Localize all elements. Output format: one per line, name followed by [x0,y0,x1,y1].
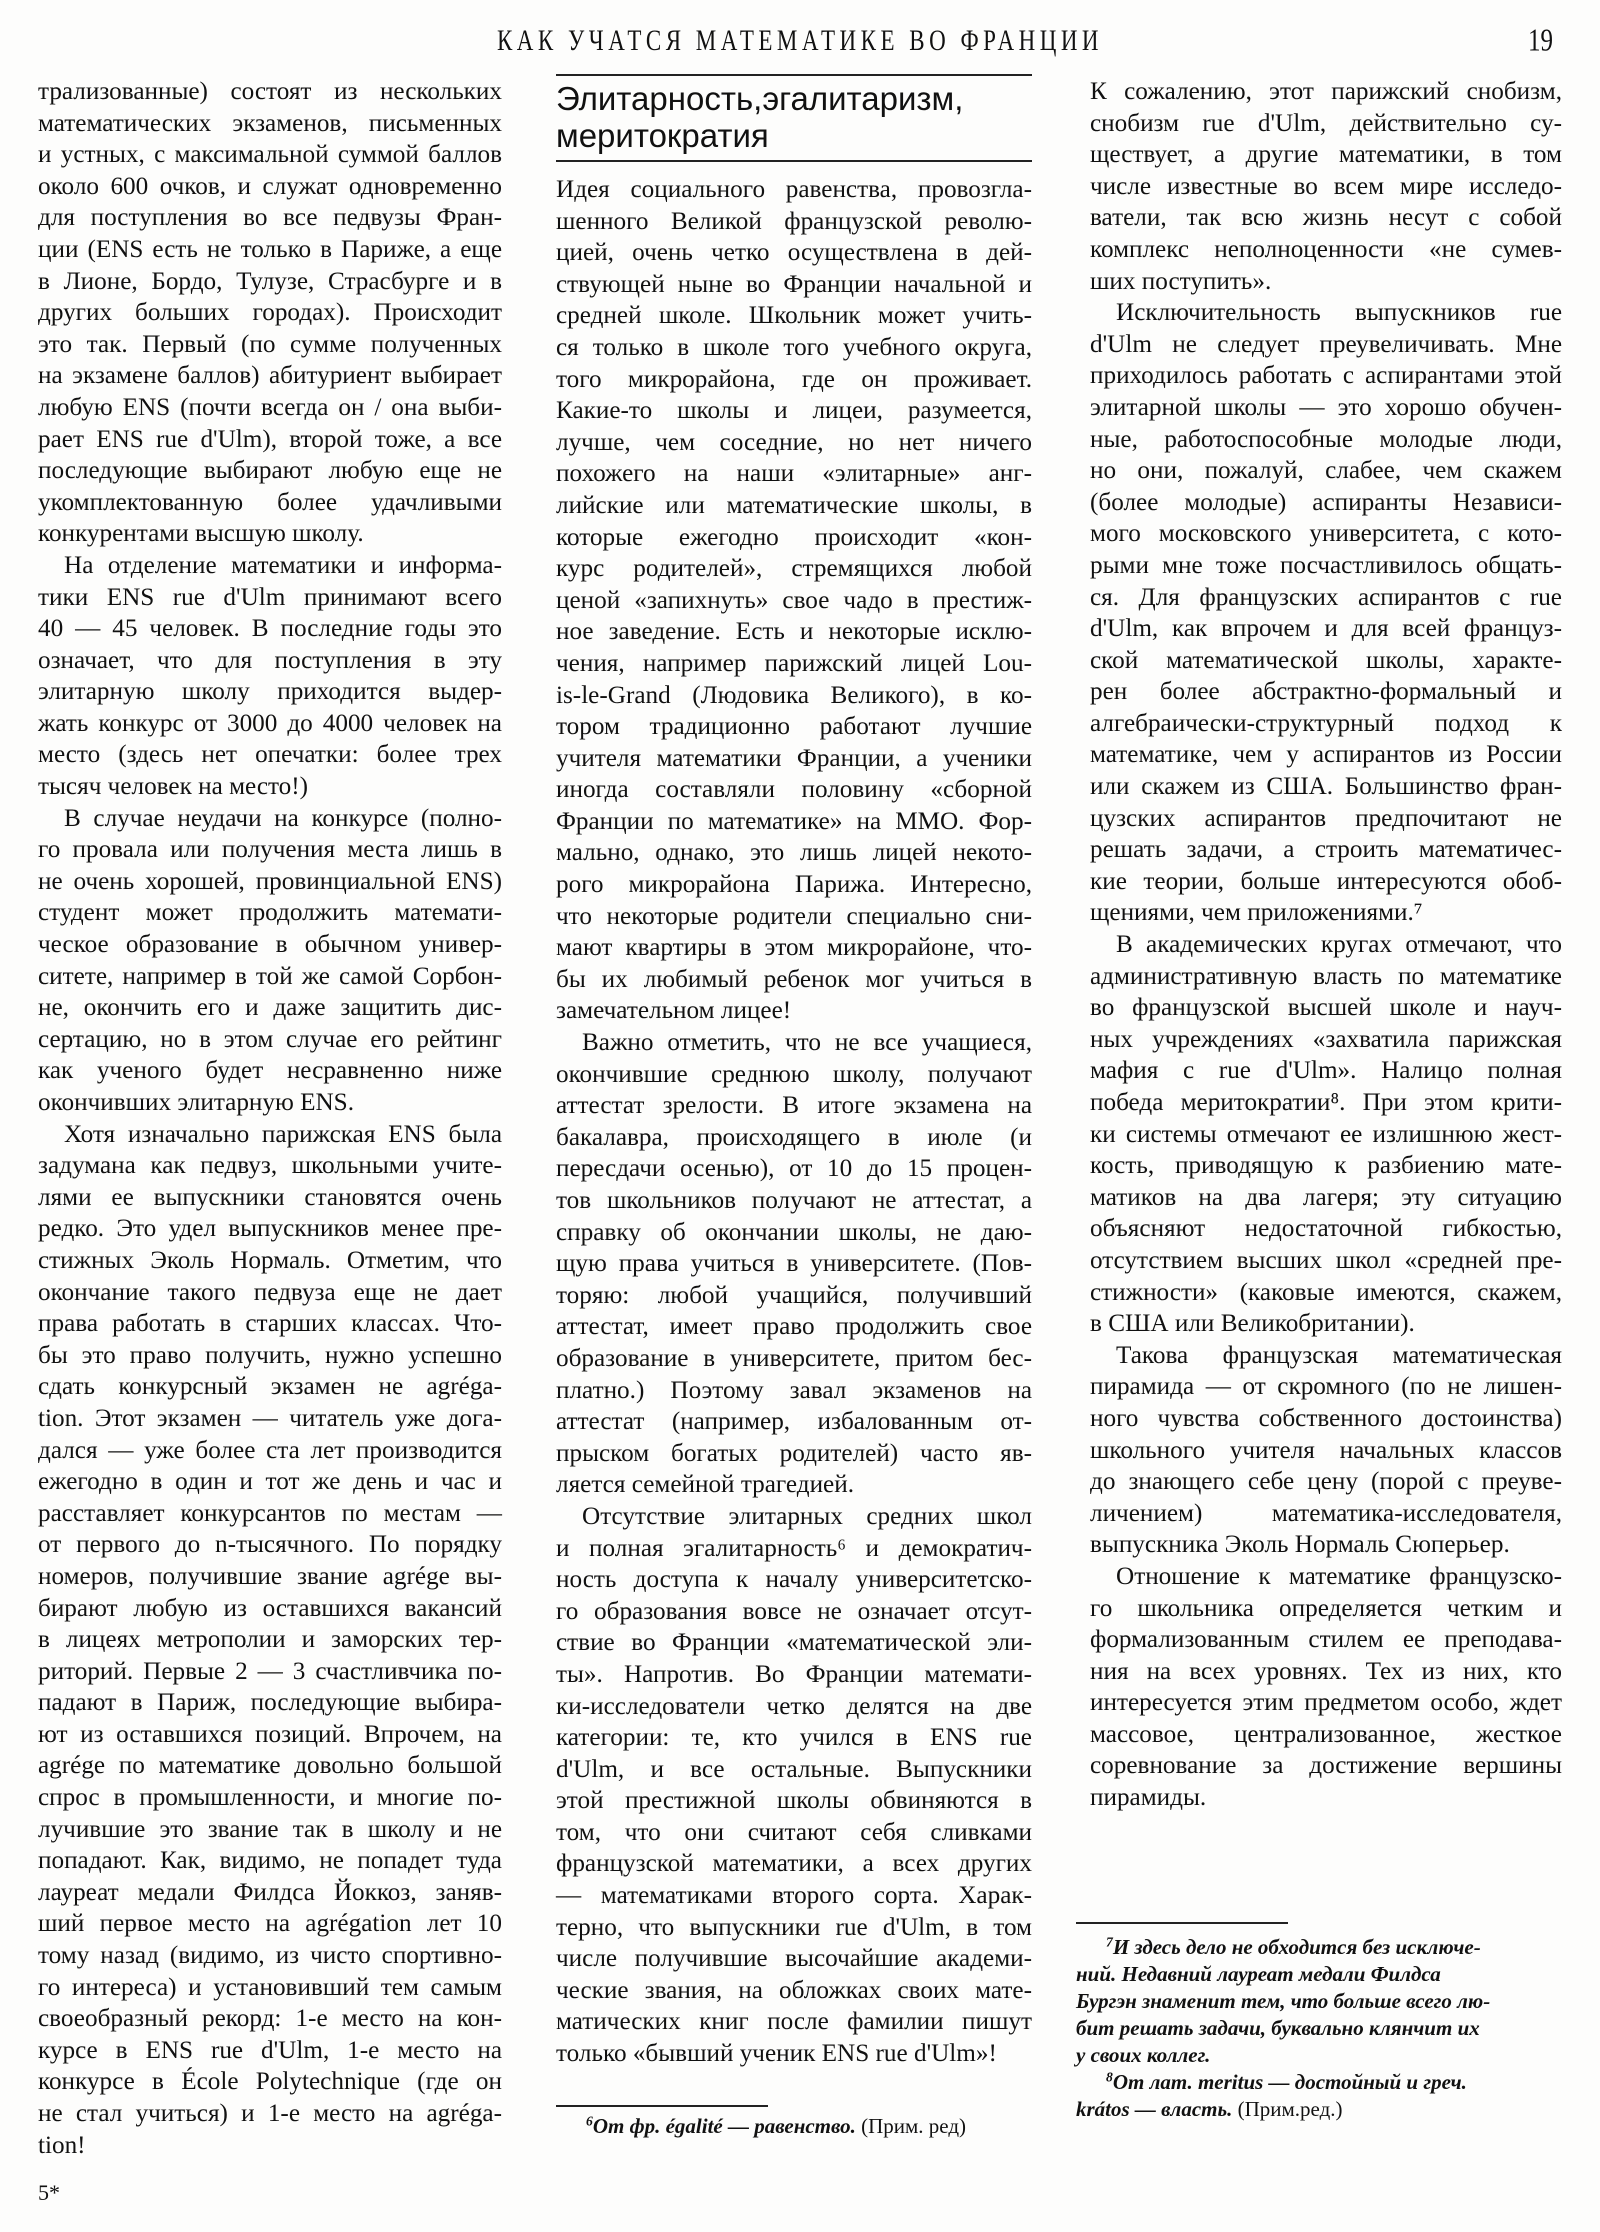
text-line: аттестат (например, избалованным от- [556,1406,1032,1438]
text-line: ки-исследователи четко делятся на две [556,1691,1032,1723]
text-line: того микрорайона, где он проживает. [556,364,1032,396]
text-line: тысяч человек на место!) [38,771,502,803]
text-line: падают в Париж, последующие выбира- [38,1687,502,1719]
text-line: не стал учиться) и 1-е место на agréga- [38,2098,502,2130]
text-line: числе получившие высочайшие академи- [556,1943,1032,1975]
text-line: мают квартиры в этом микрорайоне, что- [556,932,1032,964]
text-line: которые ежегодно происходит «кон- [556,522,1032,554]
text-line: личением) математика-исследователя, [1090,1498,1562,1530]
text-line: около 600 очков, и служат одновременно [38,171,502,203]
text-line: мально, однако, это лишь лицей некото- [556,837,1032,869]
text-line: Франции по математике» на ММО. Фор- [556,806,1032,838]
text-line: бы их любимый ребенок мог учиться в [556,964,1032,996]
text-line: других больших городах). Происходит [38,297,502,329]
text-line: любую ENS (почти всегда он / она выби- [38,392,502,424]
text-line: Исключительность выпускников rue [1090,297,1562,329]
text-line: d'Ulm, как впрочем и для всей француз- [1090,613,1562,645]
text-line: К сожалению, этот парижский снобизм, [1090,76,1562,108]
text-line: конкурентами высшую школу. [38,518,502,550]
text-line: риторий. Первые 2 — 3 счастливчика по- [38,1656,502,1688]
text-line: иногда составляли половину «сборной [556,774,1032,806]
column-2: Элитарность,эгалитаризм, меритократия Ид… [556,76,1032,2070]
footnote-text: krátos — власть. [1076,2097,1232,2121]
footnote-text: И здесь дело не обходится без исключе- [1113,1935,1481,1959]
text-line: формализованным стилем ее преподава- [1090,1624,1562,1656]
text-line: мого московского университета, с кото- [1090,518,1562,550]
text-line: соревнование за достижение вершины [1090,1750,1562,1782]
text-line: Отношение к математике французско- [1090,1561,1562,1593]
text-line: щую права учиться в университете. (Пов- [556,1248,1032,1280]
text-line: образование в университете, притом бес- [556,1343,1032,1375]
text-line: в США или Великобритании). [1090,1308,1562,1340]
text-line: бы это право получить, нужно успешно [38,1340,502,1372]
text-line: 40 — 45 человек. В последние годы это [38,613,502,645]
text-line: окончание такого педвуза еще не дает [38,1277,502,1309]
text-line: ший первое место на agrégation лет 10 [38,1908,502,1940]
footnote-6: 6От фр. égalité — равенство. (Прим. ред) [556,2113,1032,2140]
text-line: элитарную школу приходится выдер- [38,676,502,708]
text-line: прыском богатых родителей) часто яв- [556,1438,1032,1470]
text-line: комплекс неполноценности «не сумев- [1090,234,1562,266]
text-line: как ученого будет несравненно ниже [38,1055,502,1087]
text-line: кость, приводящую к разбиению мате- [1090,1150,1562,1182]
text-line: трализованные) состоят из нескольких [38,76,502,108]
footnote-text: От лат. meritus — достойный и греч. [1113,2070,1467,2094]
text-line: ществует, а другие математики, в том [1090,139,1562,171]
footnote-text: Бургэн знаменит тем, что больше всего лю… [1076,1989,1490,2013]
text-line: лучше, чем соседние, но нет ничего [556,427,1032,459]
text-line: терно, что выпускники rue d'Ulm, в том [556,1912,1032,1944]
text-line: что некоторые родители специально сни- [556,901,1032,933]
text-line: цией, очень четко осуществлена в дей- [556,237,1032,269]
section-heading: Элитарность,эгалитаризм, меритократия [556,74,1032,162]
text-line: отсутствием высших школ «средней пре- [1090,1245,1562,1277]
text-line: редко. Это удел выпускников менее пре- [38,1213,502,1245]
text-line: В академических кругах отмечают, что [1090,929,1562,961]
text-line: ческое образование в обычном универ- [38,929,502,961]
text-line: матических книг после фамилии пишут [556,2006,1032,2038]
footnotes-block: 7И здесь дело не обходится без исключе-н… [1076,1922,1576,2123]
text-line: лийские или математические школы, в [556,490,1032,522]
text-line: ляется семейной трагедией. [556,1469,1032,1501]
footnote-rule [556,2105,768,2107]
text-line: номеров, получившие звание agrége вы- [38,1561,502,1593]
text-line: рает ENS rue d'Ulm), второй тоже, а все [38,424,502,456]
text-line: укомплектованную более удачливыми [38,487,502,519]
footnote-mark: 8 [1106,2070,1113,2085]
text-line: ты». Напротив. Во Франции математи- [556,1659,1032,1691]
text-line: школьного учителя начальных классов [1090,1435,1562,1467]
running-title: КАК УЧАТСЯ МАТЕМАТИКЕ ВО ФРАНЦИИ [420,24,1180,58]
text-line: категории: те, кто учился в ENS rue [556,1722,1032,1754]
text-line: тому назад (видимо, из чисто спортивно- [38,1940,502,1972]
text-line: своеобразный рекорд: 1-е место на кон- [38,2003,502,2035]
footnote-mark: 7 [1106,1935,1113,1950]
footnote-text: ний. Недавний лауреат медали Филдса [1076,1962,1441,1986]
footnote-text: бит решать задачи, буквально клянчит их [1076,2016,1480,2040]
text-line: ческие звания, на обложках своих мате- [556,1975,1032,2007]
text-line: го интереса) и установивший тем самым [38,1972,502,2004]
text-line: не очень хорошей, провинциальной ENS) [38,866,502,898]
footnote-rule [1076,1922,1288,1924]
text-line: В случае неудачи на конкурсе (полно- [38,803,502,835]
footnote-mark: 6 [586,2114,593,2129]
text-line: ного чувства собственного достоинства) [1090,1403,1562,1435]
text-line: ших поступить». [1090,266,1562,298]
text-line: объясняют недостаточной гибкостью, [1090,1213,1562,1245]
text-line: числе известные во всем мире исследо- [1090,171,1562,203]
text-line: алгебраически-структурный подход к [1090,708,1562,740]
text-line: массовое, централизованное, жесткое [1090,1719,1562,1751]
text-line: математике, чем у аспирантов из России [1090,739,1562,771]
text-line: лями ее выпускники становятся очень [38,1182,502,1214]
text-line: курс родителей», стремящихся любой [556,553,1032,585]
text-line: tion! [38,2130,502,2162]
text-line: ствующей ныне во Франции начальной и [556,269,1032,301]
text-line: бакалавра, происходящего в июле (и [556,1122,1032,1154]
text-line: ся только в школе того учебного округа, [556,332,1032,364]
text-line: матиков на два лагеря; эту ситуацию [1090,1182,1562,1214]
text-line: от первого до n-тысячного. По порядку [38,1529,502,1561]
text-line: права работать в старших классах. Что- [38,1308,502,1340]
text-line: пирамиды. [1090,1782,1562,1814]
text-line: на экзамене баллов) абитуриент выбирает [38,360,502,392]
text-line: ежегодно в один и тот же день и час и [38,1466,502,1498]
text-line: ки системы отмечают ее излишнюю жест- [1090,1119,1562,1151]
text-line: рен более абстрактно-формальный и [1090,676,1562,708]
text-line: Отсутствие элитарных средних школ [556,1501,1032,1533]
text-line: ность доступа к началу университетско- [556,1564,1032,1596]
text-line: выпускника Эколь Нормаль Сюперьер. [1090,1529,1562,1561]
text-line: решать задачи, а строить математичес- [1090,834,1562,866]
text-line: победа меритократии⁸. При этом крити- [1090,1087,1562,1119]
text-line: лучившие это звание так в школу и не [38,1814,502,1846]
text-line: математических экзаменов, письменных [38,108,502,140]
column-1: трализованные) состоят из несколькихмате… [38,76,502,2161]
text-line: задумана как педвуз, школьными учите- [38,1150,502,1182]
text-line: шенного Великой французской револю- [556,206,1032,238]
text-line: стижных Эколь Нормаль. Отметим, что [38,1245,502,1277]
page-number: 19 [1528,24,1553,59]
text-line: ской математической школы, характе- [1090,645,1562,677]
footnote-editor-note: (Прим. ред) [856,2114,966,2138]
text-line: место (здесь нет опечатки: более трех [38,739,502,771]
text-line: во французской высшей школе и науч- [1090,992,1562,1024]
text-line: пересдачи осенью), от 10 до 15 процен- [556,1153,1032,1185]
text-line: дался — уже более ста лет производится [38,1435,502,1467]
footnote-8: 8От лат. meritus — достойный и греч. krá… [1076,2069,1576,2123]
text-line: Важно отметить, что не все учащиеся, [556,1027,1032,1059]
text-line: стижности» (каковые имеются, скажем, [1090,1277,1562,1309]
text-line: только «бывший ученик ENS rue d'Ulm»! [556,2038,1032,2070]
text-line: или скажем из США. Большинство фран- [1090,771,1562,803]
text-line: аттестат зрелости. В итоге экзамена на [556,1090,1032,1122]
text-line: кие теории, больше интересуются обоб- [1090,866,1562,898]
text-line: платно.) Поэтому завал экзаменов на [556,1375,1032,1407]
footnote-6-block: 6От фр. égalité — равенство. (Прим. ред) [556,2105,1032,2140]
text-line: средней школе. Школьник может учить- [556,300,1032,332]
text-line: означает, что для поступления в эту [38,645,502,677]
text-line: рого микрорайона Парижа. Интересно, [556,869,1032,901]
text-line: ситете, например в той же самой Сорбон- [38,961,502,993]
text-line: до знающего себе цену (порой с преуве- [1090,1466,1562,1498]
footnote-editor-note: (Прим.ред.) [1232,2097,1342,2121]
text-line: расставляет конкурсантов по местам — [38,1498,502,1530]
text-line: не, окончить его и даже защитить дис- [38,992,502,1024]
text-line: жать конкурс от 3000 до 4000 человек на [38,708,502,740]
text-line: ют из оставшихся позиций. Впрочем, на [38,1719,502,1751]
section-heading-line-2: меритократия [556,117,1032,154]
text-line: для поступления во все педвузы Фран- [38,202,502,234]
text-line: agrége по математике довольно большой [38,1750,502,1782]
text-line: это так. Первый (по сумме полученных [38,329,502,361]
text-line: ния на всех уровнях. Тех из них, кто [1090,1656,1562,1688]
text-line: На отделение математики и информа- [38,550,502,582]
text-line: ции (ENS есть не только в Париже, а еще [38,234,502,266]
text-line: торяю: любой учащийся, получивший [556,1280,1032,1312]
text-line: последующие выбирают любую еще не [38,455,502,487]
text-line: студент может продолжить математи- [38,897,502,929]
running-header: КАК УЧАТСЯ МАТЕМАТИКЕ ВО ФРАНЦИИ 19 [0,24,1600,64]
text-line: го провала или получения места лишь в [38,834,502,866]
column-2-body: Идея социального равенства, провозгла-ше… [556,174,1032,2070]
text-line: ценой «запихнуть» свое чадо в престиж- [556,585,1032,617]
text-line: французской математики, а всех других [556,1848,1032,1880]
footnote-text: От фр. égalité — равенство. [593,2114,856,2138]
text-line: похожего на наши «элитарные» анг- [556,458,1032,490]
text-line: том, что они считают себя сливками [556,1817,1032,1849]
text-line: бирают любую из оставшихся вакансий [38,1593,502,1625]
text-line: приходилось работать с аспирантами этой [1090,360,1562,392]
text-line: is-le-Grand (Людовика Великого), в ко- [556,680,1032,712]
footnote-7: 7И здесь дело не обходится без исключе-н… [1076,1934,1576,2069]
text-line: Идея социального равенства, провозгла- [556,174,1032,206]
text-line: окончившие среднюю школу, получают [556,1059,1032,1091]
text-line: справку об окончании школы, не даю- [556,1217,1032,1249]
column-3: К сожалению, этот парижский снобизм,сноб… [1090,76,1562,1814]
text-line: d'Ulm, и все остальные. Выпускники [556,1754,1032,1786]
text-line: тики ENS rue d'Ulm принимают всего [38,582,502,614]
text-line: чения, например парижский лицей Lou- [556,648,1032,680]
text-line: ных учреждениях «захватила парижская [1090,1024,1562,1056]
text-line: го школьника определяется четким и [1090,1593,1562,1625]
text-line: этой престижной школы обвиняются в [556,1785,1032,1817]
text-line: учителя математики Франции, а ученики [556,743,1032,775]
text-line: сертацию, но в этом случае его рейтинг [38,1024,502,1056]
text-line: аттестат, имеет право продолжить свое [556,1311,1032,1343]
text-line: замечательном лицее! [556,995,1032,1027]
text-line: и устных, с максимальной суммой баллов [38,139,502,171]
text-line: Какие-то школы и лицеи, разумеется, [556,395,1032,427]
section-heading-line-1: Элитарность,эгалитаризм, [556,80,1032,117]
text-line: но они, пожалуй, слабее, чем скажем [1090,455,1562,487]
text-line: го образования вовсе не означает отсут- [556,1596,1032,1628]
text-line: тором традиционно работают лучшие [556,711,1032,743]
text-line: ся. Для французских аспирантов с rue [1090,582,1562,614]
text-line: (более молодые) аспиранты Независи- [1090,487,1562,519]
text-line: в Лионе, Бордо, Тулузе, Страсбурге и в [38,266,502,298]
text-line: в лицеях метрополии и заморских тер- [38,1624,502,1656]
text-line: ствие во Франции «математической эли- [556,1627,1032,1659]
text-line: рыми мне тоже посчастливилось общать- [1090,550,1562,582]
text-line: попадают. Как, видимо, не попадет туда [38,1845,502,1877]
text-line: мафия с rue d'Ulm». Налицо полная [1090,1055,1562,1087]
text-line: лауреат медали Филдса Йоккоз, заняв- [38,1877,502,1909]
footnote-text: у своих коллег. [1076,2043,1210,2067]
text-line: цузских аспирантов предпочитают не [1090,803,1562,835]
text-line: Такова французская математическая [1090,1340,1562,1372]
text-line: спрос в промышленности, и многие по- [38,1782,502,1814]
text-line: tion. Этот экзамен — читатель уже дога- [38,1403,502,1435]
text-line: сдать конкурсный экзамен не agréga- [38,1371,502,1403]
text-line: курсе в ENS rue d'Ulm, 1-е место на [38,2035,502,2067]
text-line: снобизм rue d'Ulm, действительно су- [1090,108,1562,140]
text-line: окончивших элитарную ENS. [38,1087,502,1119]
text-line: — математиками второго сорта. Харак- [556,1880,1032,1912]
text-line: пирамида — от скромного (по не лишен- [1090,1371,1562,1403]
text-line: щениями, чем приложениями.⁷ [1090,897,1562,929]
text-line: интересуется этим предметом особо, ждет [1090,1687,1562,1719]
text-line: Хотя изначально парижская ENS была [38,1119,502,1151]
text-line: тов школьников получают не аттестат, а [556,1185,1032,1217]
signature-mark: 5* [38,2180,60,2206]
text-line: ные, работоспособные молодые люди, [1090,424,1562,456]
text-line: ное заведение. Есть и некоторые исклю- [556,616,1032,648]
text-line: элитарной школы — это хорошо обучен- [1090,392,1562,424]
text-line: ватели, так всю жизнь несут с собой [1090,202,1562,234]
text-line: и полная эгалитарность⁶ и демократич- [556,1533,1032,1565]
text-line: d'Ulm не следует преувеличивать. Мне [1090,329,1562,361]
text-line: административную власть по математике [1090,961,1562,993]
text-line: конкурсе в École Polytechnique (где он [38,2066,502,2098]
